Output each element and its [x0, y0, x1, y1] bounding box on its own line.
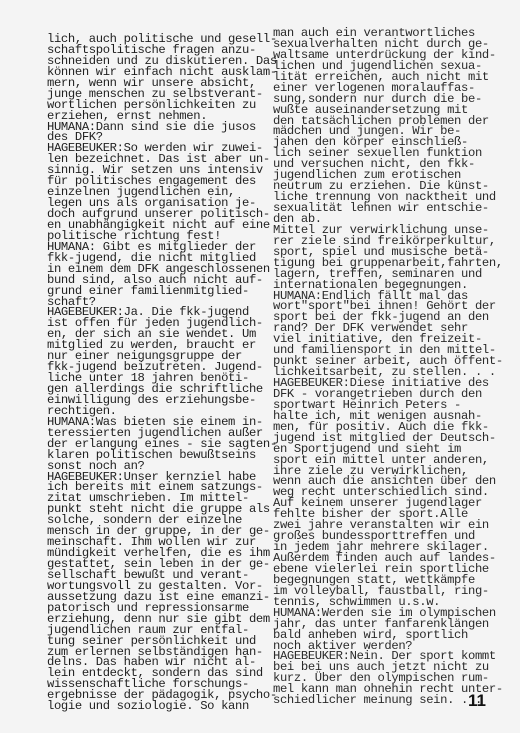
left-text-column: lich, auch politische und gesell-schafts…: [47, 34, 257, 712]
text-line: schiedlicher meinung sein. . .: [273, 695, 498, 706]
text-line: logie und soziologie. So kann: [47, 701, 257, 712]
right-text-column: man auch ein verantwortlichessexualverha…: [273, 28, 498, 706]
page-number: 11: [468, 691, 486, 711]
